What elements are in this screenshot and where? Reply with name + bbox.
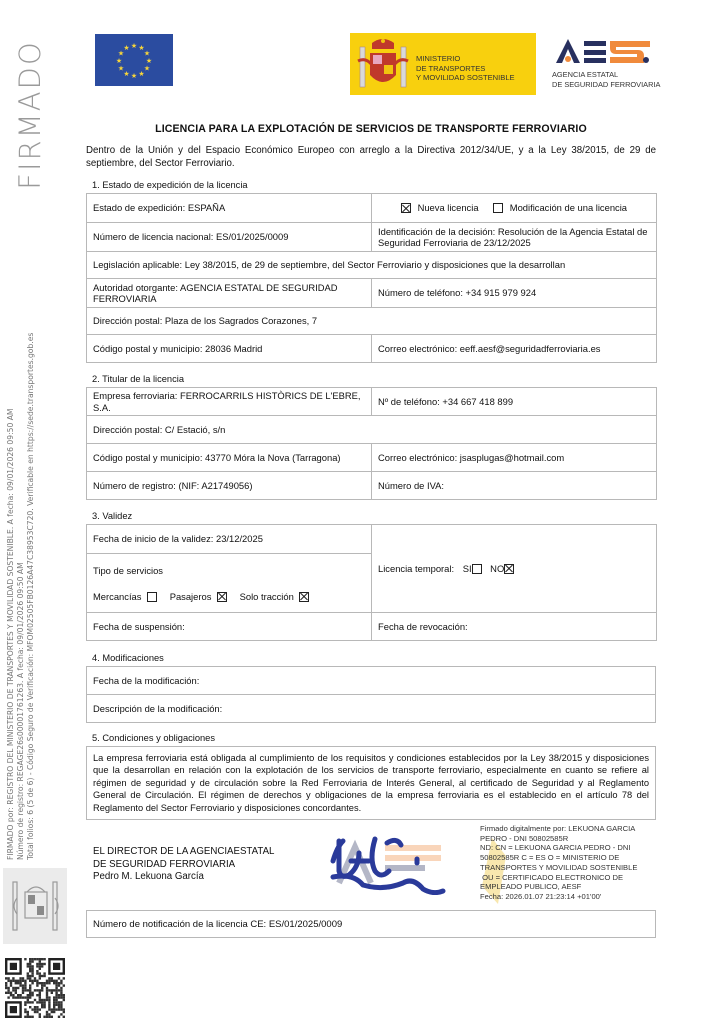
si-label: SI	[463, 563, 472, 574]
licencia-temporal-cell: Licencia temporal: SI NO	[372, 525, 657, 613]
temporal-si-checkbox[interactable]	[472, 564, 482, 574]
telefono-autoridad: Número de teléfono: +34 915 979 924	[372, 279, 657, 308]
correo-titular: Correo electrónico: jsasplugas@hotmail.c…	[372, 444, 657, 472]
numero-registro: Número de registro: (NIF: A21749056)	[87, 472, 372, 500]
firmado-text: FIRMADO	[13, 40, 47, 189]
section-3-heading: 3. Validez	[92, 511, 132, 521]
intro-text: Dentro de la Unión y del Espacio Económi…	[86, 144, 656, 170]
legislacion: Legislación aplicable: Ley 38/2015, de 2…	[87, 252, 657, 279]
section-2-heading: 2. Titular de la licencia	[92, 374, 184, 384]
page-title: LICENCIA PARA LA EXPLOTACIÓN DE SERVICIO…	[86, 123, 656, 135]
handwritten-signature-icon	[325, 833, 455, 895]
registry-stamp-text: FIRMADO por: REGISTRO DEL MINISTERIO DE …	[0, 260, 42, 860]
fecha-inicio-validez: Fecha de inicio de la validez: 23/12/202…	[87, 525, 372, 554]
spain-coat-of-arms-icon	[356, 37, 410, 91]
correo-autoridad: Correo electrónico: eeff.aesf@seguridadf…	[372, 335, 657, 363]
descripcion-modificacion: Descripción de la modificación:	[87, 695, 656, 723]
autoridad-otorgante: Autoridad otorgante: AGENCIA ESTATAL DE …	[87, 279, 372, 308]
section-4-heading: 4. Modificaciones	[92, 653, 164, 663]
empresa-ferroviaria: Empresa ferroviaria: FERROCARRILS HISTÒR…	[87, 388, 372, 416]
section-1-heading: 1. Estado de expedición de la licencia	[92, 180, 248, 190]
section-3-table: Fecha de inicio de la validez: 23/12/202…	[86, 524, 657, 641]
cp-titular: Código postal y municipio: 43770 Móra la…	[87, 444, 372, 472]
pasajeros-label: Pasajeros	[170, 591, 212, 602]
registry-line-2: Número de registro: REGAGE26s00001761263…	[16, 260, 26, 860]
svg-text:★: ★	[144, 65, 150, 73]
identificacion-decision: Identificación de la decisión: Resolució…	[372, 223, 657, 252]
section-5-heading: 5. Condiciones y obligaciones	[92, 733, 215, 743]
telefono-titular: Nº de teléfono: +34 667 418 899	[372, 388, 657, 416]
solo-traccion-label: Solo tracción	[240, 591, 294, 602]
tipo-licencia-cell: Nueva licencia Modificación de una licen…	[372, 194, 657, 223]
numero-notificacion-ce: Número de notificación de la licencia CE…	[86, 910, 656, 938]
tipo-servicios-cell: Tipo de servicios Mercancías Pasajeros S…	[87, 554, 372, 613]
ministry-logo: MINISTERIO DE TRANSPORTES Y MOVILIDAD SO…	[350, 33, 536, 95]
svg-text:★: ★	[131, 42, 137, 50]
numero-licencia: Número de licencia nacional: ES/01/2025/…	[87, 223, 372, 252]
direccion-titular: Dirección postal: C/ Estació, s/n	[87, 416, 657, 444]
digital-signature-info: Firmado digitalmente por: LEKUONA GARCIA…	[480, 824, 660, 902]
registry-line-1: FIRMADO por: REGISTRO DEL MINISTERIO DE …	[6, 260, 16, 860]
section-1-table: Estado de expedición: ESPAÑA Nueva licen…	[86, 193, 657, 363]
firmado-watermark: FIRMADO	[10, 45, 50, 185]
qr-code-icon[interactable]	[5, 958, 65, 1018]
numero-iva: Número de IVA:	[372, 472, 657, 500]
tipo-servicios-label: Tipo de servicios	[93, 565, 365, 577]
estado-expedicion: Estado de expedición: ESPAÑA	[87, 194, 372, 223]
modificacion-licencia-label: Modificación de una licencia	[510, 202, 627, 213]
svg-text:★: ★	[131, 72, 137, 80]
cp-autoridad: Código postal y municipio: 28036 Madrid	[87, 335, 372, 363]
section-2-table: Empresa ferroviaria: FERROCARRILS HISTÒR…	[86, 387, 657, 500]
solo-traccion-checkbox[interactable]	[299, 592, 309, 602]
direccion-autoridad: Dirección postal: Plaza de los Sagrados …	[87, 308, 657, 335]
eu-flag-icon: ★★★★★★★★★★★★	[95, 34, 173, 86]
nueva-licencia-label: Nueva licencia	[418, 202, 479, 213]
svg-text:★: ★	[123, 44, 129, 52]
fecha-suspension: Fecha de suspensión:	[87, 613, 372, 641]
licencia-temporal-label: Licencia temporal:	[378, 563, 454, 574]
fecha-modificacion: Fecha de la modificación:	[87, 667, 656, 695]
modificacion-licencia-checkbox[interactable]	[493, 203, 503, 213]
aesf-name: AGENCIA ESTATAL DE SEGURIDAD FERROVIARIA	[552, 70, 660, 89]
fecha-revocacion: Fecha de revocación:	[372, 613, 657, 641]
aesf-logo-icon	[554, 37, 654, 65]
temporal-no-checkbox[interactable]	[504, 564, 514, 574]
svg-text:★: ★	[123, 70, 129, 78]
svg-text:★: ★	[116, 57, 122, 65]
condiciones-text: La empresa ferroviaria está obligada al …	[86, 746, 656, 820]
aesf-logo: AGENCIA ESTATAL DE SEGURIDAD FERROVIARIA	[550, 35, 670, 91]
director-signature-block: EL DIRECTOR DE LA AGENCIAESTATAL DE SEGU…	[93, 846, 274, 884]
mercancias-checkbox[interactable]	[147, 592, 157, 602]
registry-line-3: Total folios: 6 (5 de 6) - Código Seguro…	[26, 260, 36, 860]
svg-text:★: ★	[138, 70, 144, 78]
no-label: NO	[490, 563, 504, 574]
svg-text:★: ★	[118, 65, 124, 73]
spain-coat-of-arms-icon	[3, 868, 67, 944]
mercancias-label: Mercancías	[93, 591, 141, 602]
section-4-table: Fecha de la modificación: Descripción de…	[86, 666, 656, 723]
pasajeros-checkbox[interactable]	[217, 592, 227, 602]
ministry-name: MINISTERIO DE TRANSPORTES Y MOVILIDAD SO…	[416, 54, 515, 83]
nueva-licencia-checkbox[interactable]	[401, 203, 411, 213]
